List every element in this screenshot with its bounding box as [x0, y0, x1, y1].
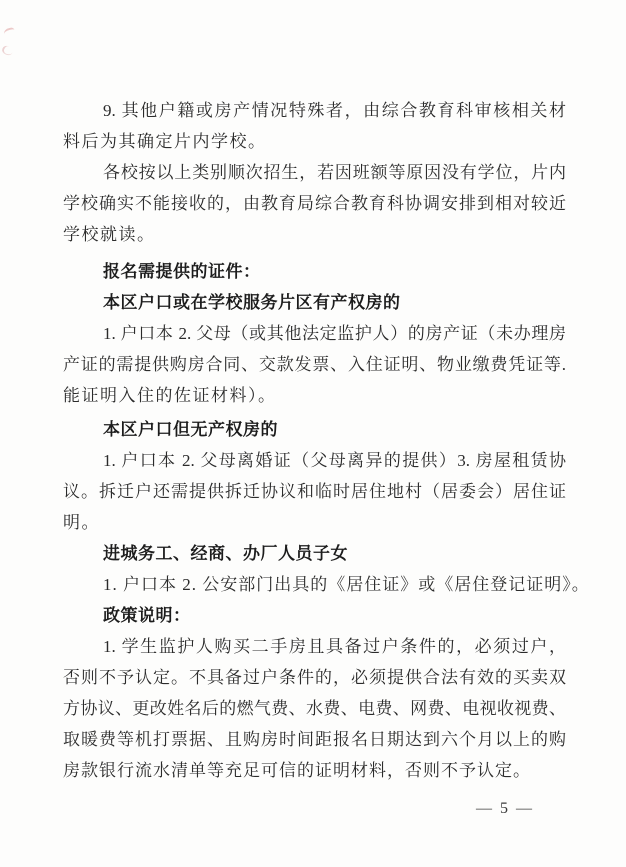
- page-number: — 5 —: [476, 800, 534, 818]
- doc-text-line: 学校就读。: [63, 219, 566, 250]
- doc-text-line: 议。拆迁户还需提供拆迁协议和临时居住地村（居委会）居住证: [63, 476, 566, 507]
- doc-text-line: 1. 户口本 2. 父母离婚证（父母离异的提供）3. 房屋租赁协: [63, 445, 566, 476]
- doc-text-line: 1. 学生监护人购买二手房且具备过户条件的，必须过户，: [63, 631, 566, 662]
- section-heading-local-no-property: 本区户口但无产权房的: [63, 414, 566, 445]
- doc-text-line: 能证明入住的佐证材料）。: [63, 380, 566, 411]
- red-ink-speck: [1, 44, 14, 56]
- section-heading-migrant-workers: 进城务工、经商、办厂人员子女: [63, 538, 566, 569]
- section-heading-local-with-property: 本区户口或在学校服务片区有产权房的: [63, 287, 566, 318]
- doc-text-line: 料后为其确定片内学校。: [63, 126, 566, 157]
- doc-text-line: 学校确实不能接收的，由教育局综合教育科协调安排到相对较近: [63, 188, 566, 219]
- doc-text-line: 9. 其他户籍或房产情况特殊者，由综合教育科审核相关材: [63, 95, 566, 126]
- doc-text-line: 1. 户口本 2. 父母（或其他法定监护人）的房产证（未办理房: [63, 318, 566, 349]
- red-ink-speck: [3, 27, 16, 38]
- doc-text-line: 否则不予认定。不具备过户条件的，必须提供合法有效的买卖双: [63, 662, 566, 693]
- doc-text-line: 方协议、更改姓名后的燃气费、水费、电费、网费、电视收视费、: [63, 693, 566, 724]
- doc-text-line: 房款银行流水清单等充足可信的证明材料，否则不予认定。: [63, 755, 566, 786]
- doc-text-line: 各校按以上类别顺次招生，若因班额等原因没有学位，片内: [63, 157, 566, 188]
- doc-text-line: 明。: [63, 507, 566, 538]
- section-heading-policy-notes: 政策说明：: [63, 600, 566, 631]
- scanned-document-page: 9. 其他户籍或房产情况特殊者，由综合教育科审核相关材 料后为其确定片内学校。 …: [0, 0, 626, 867]
- section-heading-required-documents: 报名需提供的证件：: [63, 256, 566, 287]
- doc-text-line: 取暖费等机打票据、且购房时间距报名日期达到六个月以上的购: [63, 724, 566, 755]
- document-body: 9. 其他户籍或房产情况特殊者，由综合教育科审核相关材 料后为其确定片内学校。 …: [63, 0, 566, 786]
- doc-text-line: 1. 户口本 2. 公安部门出具的《居住证》或《居住登记证明》。: [63, 569, 566, 600]
- doc-text-line: 产证的需提供购房合同、交款发票、入住证明、物业缴费凭证等.: [63, 349, 566, 380]
